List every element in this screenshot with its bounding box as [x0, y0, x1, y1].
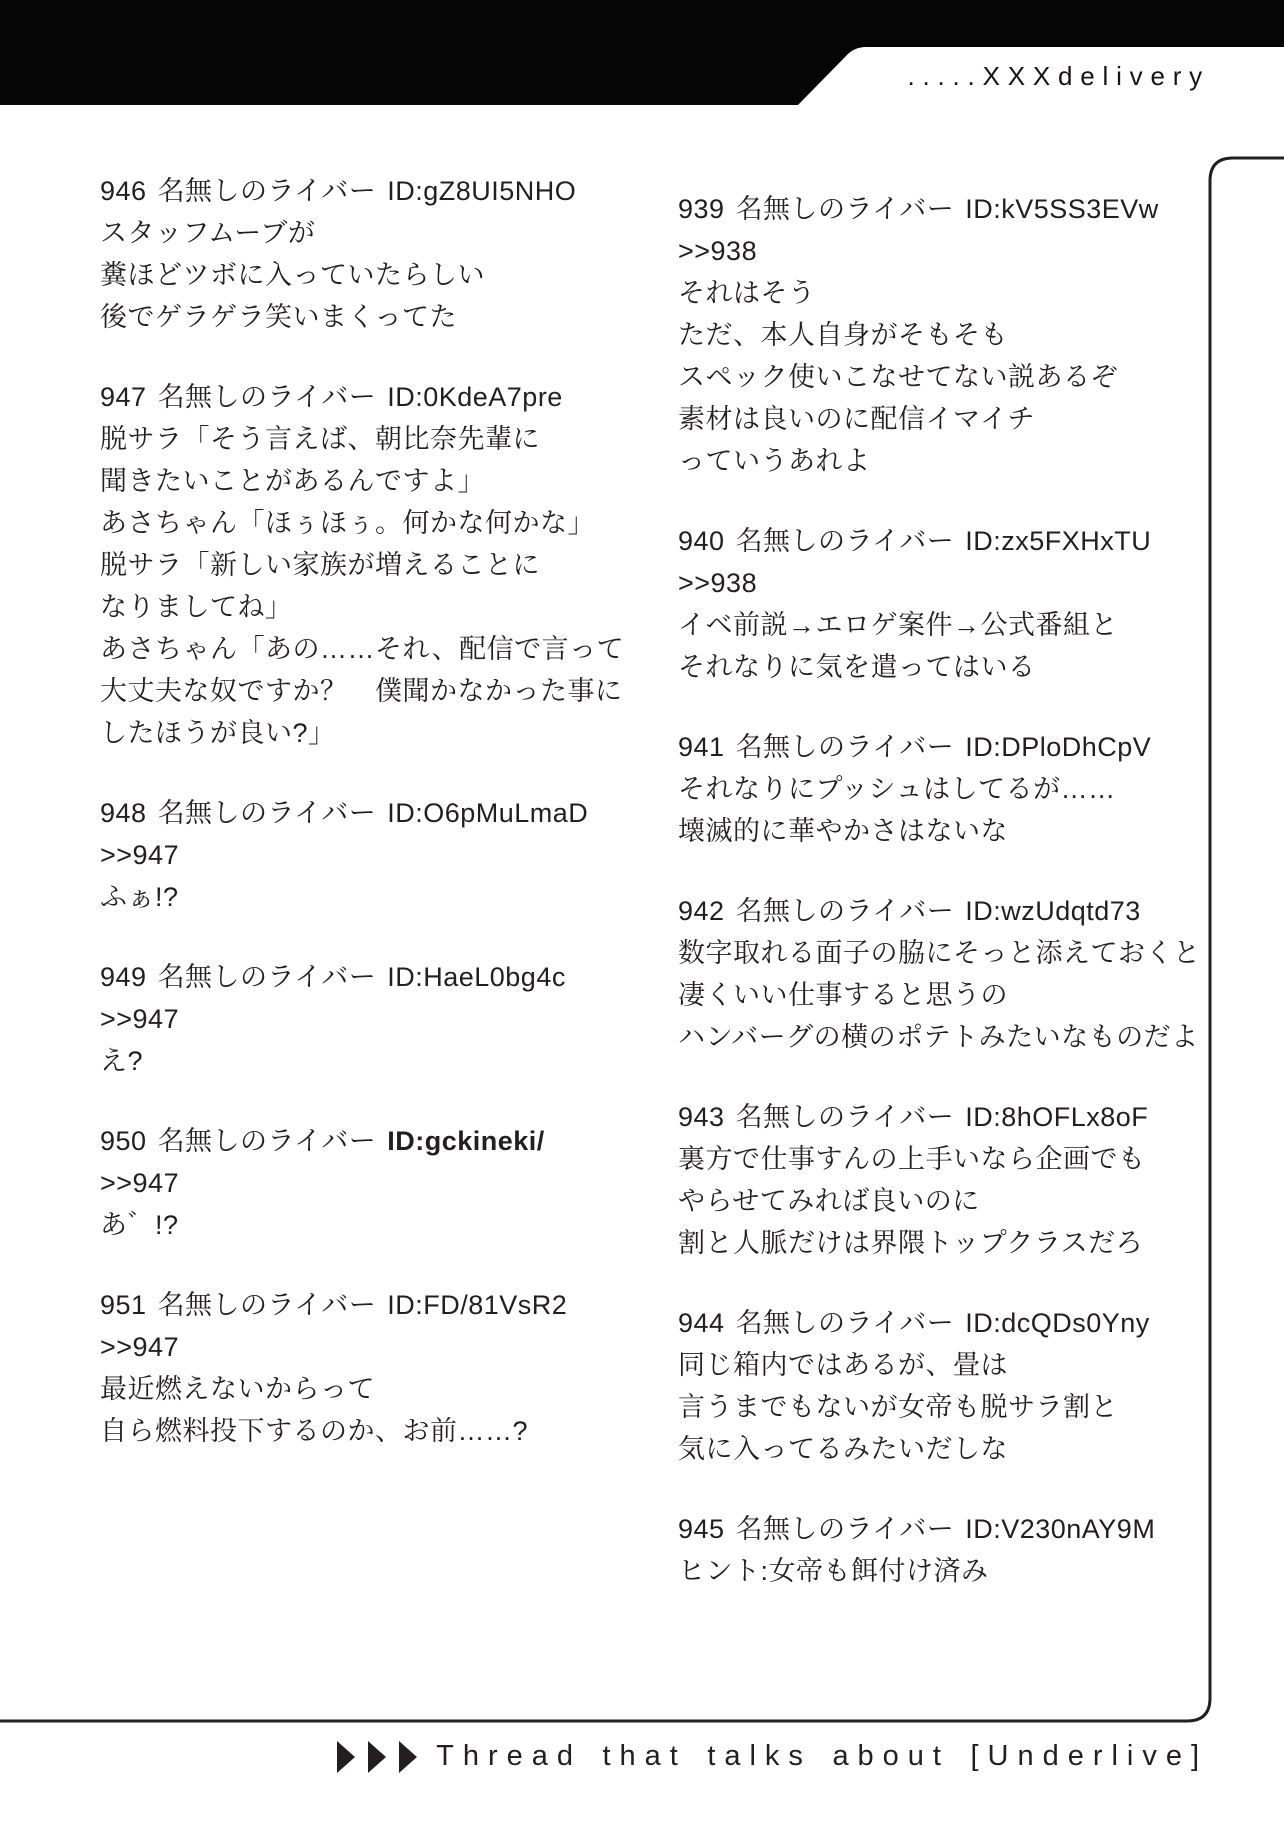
post-id: ID:dcQDs0Yny [965, 1308, 1150, 1338]
book-page: .....XXXdelivery 946名無しのライバーID:gZ8UI5NHO… [0, 0, 1284, 1826]
post-header: 944名無しのライバーID:dcQDs0Yny [678, 1302, 1208, 1344]
post-id: ID:HaeL0bg4c [387, 962, 566, 992]
post-line: あさちゃん「あの……それ、配信で言って [100, 628, 630, 670]
post-author: 名無しのライバー [736, 194, 955, 224]
post-author: 名無しのライバー [736, 1102, 955, 1132]
post-line: ただ、本人自身がそもそも [678, 314, 1208, 356]
post-line: したほうが良い?」 [100, 712, 630, 754]
post-line: 裏方で仕事すんの上手いなら企画でも [678, 1138, 1208, 1180]
post-author: 名無しのライバー [158, 382, 377, 412]
post-line: ヒント:女帝も餌付け済み [678, 1550, 1208, 1592]
reply-anchor-line: >>947 [100, 1162, 630, 1204]
forum-post: 939名無しのライバーID:kV5SS3EVw >>938それはそうただ、本人自… [678, 188, 1208, 482]
post-id: ID:gckineki/ [387, 1126, 545, 1156]
forum-post: 941名無しのライバーID:DPloDhCpV それなりにプッシュはしてるが……… [678, 726, 1208, 852]
post-line: 言うまでもないが女帝も脱サラ割と [678, 1386, 1208, 1428]
forum-post: 943名無しのライバーID:8hOFLx8oF 裏方で仕事すんの上手いなら企画で… [678, 1096, 1208, 1264]
post-line: イベ前説→エロゲ案件→公式番組と [678, 604, 1208, 646]
post-header: 940名無しのライバーID:zx5FXHxTU [678, 520, 1208, 562]
post-line: それなりに気を遣ってはいる [678, 646, 1208, 688]
post-header: 948名無しのライバーID:O6pMuLmaD [100, 792, 630, 834]
post-number: 949 [100, 962, 147, 992]
thread-column-left: 946名無しのライバーID:gZ8UI5NHO スタッフムーブが糞ほどツボに入っ… [100, 170, 630, 1490]
post-line: 糞ほどツボに入っていたらしい [100, 254, 630, 296]
forum-post: 948名無しのライバーID:O6pMuLmaD >>947ふぁ!? [100, 792, 630, 918]
forum-post: 940名無しのライバーID:zx5FXHxTU >>938イベ前説→エロゲ案件→… [678, 520, 1208, 688]
post-number: 947 [100, 382, 147, 412]
play-arrow-icon [368, 1741, 386, 1773]
post-id: ID:kV5SS3EVw [965, 194, 1159, 224]
post-line: ふぁ!? [100, 876, 630, 918]
post-line: 気に入ってるみたいだしな [678, 1428, 1208, 1470]
post-line: 聞きたいことがあるんですよ」 [100, 460, 630, 502]
post-line: 脱サラ「そう言えば、朝比奈先輩に [100, 418, 630, 460]
footer-title: Thread that talks about [Underlive] [436, 1740, 1208, 1773]
post-id: ID:DPloDhCpV [965, 732, 1151, 762]
reply-anchor-line: >>947 [100, 834, 630, 876]
post-author: 名無しのライバー [736, 1308, 955, 1338]
post-id: ID:zx5FXHxTU [965, 526, 1151, 556]
forum-post: 946名無しのライバーID:gZ8UI5NHO スタッフムーブが糞ほどツボに入っ… [100, 170, 630, 338]
post-line: あ゛!? [100, 1204, 630, 1246]
post-header: 939名無しのライバーID:kV5SS3EVw [678, 188, 1208, 230]
post-number: 948 [100, 798, 147, 828]
forum-post: 951名無しのライバーID:FD/81VsR2 >>947最近燃えないからって自… [100, 1284, 630, 1452]
post-line: 自ら燃料投下するのか、お前……? [100, 1410, 630, 1452]
post-id: ID:FD/81VsR2 [387, 1290, 567, 1320]
post-header: 941名無しのライバーID:DPloDhCpV [678, 726, 1208, 768]
post-line: 同じ箱内ではあるが、畳は [678, 1344, 1208, 1386]
header-title: .....XXXdelivery [907, 61, 1210, 92]
reply-anchor-line: >>947 [100, 1326, 630, 1368]
post-author: 名無しのライバー [158, 798, 377, 828]
post-number: 950 [100, 1126, 147, 1156]
post-author: 名無しのライバー [736, 732, 955, 762]
play-arrow-icon [399, 1741, 417, 1773]
post-number: 939 [678, 194, 725, 224]
post-header: 942名無しのライバーID:wzUdqtd73 [678, 890, 1208, 932]
post-line: 最近燃えないからって [100, 1368, 630, 1410]
post-author: 名無しのライバー [736, 1514, 955, 1544]
post-author: 名無しのライバー [158, 962, 377, 992]
post-number: 942 [678, 896, 725, 926]
forum-post: 950名無しのライバーID:gckineki/ >>947あ゛!? [100, 1120, 630, 1246]
post-number: 943 [678, 1102, 725, 1132]
post-header: 951名無しのライバーID:FD/81VsR2 [100, 1284, 630, 1326]
reply-anchor-line: >>938 [678, 230, 1208, 272]
post-line: 大丈夫な奴ですか？ 僕聞かなかった事に [100, 670, 630, 712]
post-number: 945 [678, 1514, 725, 1544]
post-line: それはそう [678, 272, 1208, 314]
post-line: なりましてね」 [100, 586, 630, 628]
post-header: 947名無しのライバーID:0KdeA7pre [100, 376, 630, 418]
play-arrow-icon [337, 1741, 355, 1773]
post-author: 名無しのライバー [158, 176, 377, 206]
forum-post: 949名無しのライバーID:HaeL0bg4c >>947え? [100, 956, 630, 1082]
post-line: 後でゲラゲラ笑いまくってた [100, 296, 630, 338]
post-line: あさちゃん「ほぅほぅ。何かな何かな」 [100, 502, 630, 544]
post-author: 名無しのライバー [158, 1126, 377, 1156]
post-header: 949名無しのライバーID:HaeL0bg4c [100, 956, 630, 998]
post-line: ハンバーグの横のポテトみたいなものだよ [678, 1016, 1208, 1058]
forum-post: 945名無しのライバーID:V230nAY9M ヒント:女帝も餌付け済み [678, 1508, 1208, 1592]
post-id: ID:wzUdqtd73 [965, 896, 1141, 926]
post-author: 名無しのライバー [736, 896, 955, 926]
footer: Thread that talks about [Underlive] [337, 1740, 1208, 1773]
post-number: 951 [100, 1290, 147, 1320]
post-id: ID:gZ8UI5NHO [387, 176, 576, 206]
post-author: 名無しのライバー [736, 526, 955, 556]
post-line: 脱サラ「新しい家族が増えることに [100, 544, 630, 586]
post-id: ID:8hOFLx8oF [965, 1102, 1148, 1132]
post-author: 名無しのライバー [158, 1290, 377, 1320]
post-line: スペック使いこなせてない説あるぞ [678, 356, 1208, 398]
post-header: 945名無しのライバーID:V230nAY9M [678, 1508, 1208, 1550]
forum-post: 942名無しのライバーID:wzUdqtd73 数字取れる面子の脇にそっと添えて… [678, 890, 1208, 1058]
post-number: 940 [678, 526, 725, 556]
post-line: え? [100, 1040, 630, 1082]
forum-post: 947名無しのライバーID:0KdeA7pre 脱サラ「そう言えば、朝比奈先輩に… [100, 376, 630, 754]
post-number: 941 [678, 732, 725, 762]
post-line: 凄くいい仕事すると思うの [678, 974, 1208, 1016]
reply-anchor-line: >>938 [678, 562, 1208, 604]
thread-column-right: 939名無しのライバーID:kV5SS3EVw >>938それはそうただ、本人自… [678, 188, 1208, 1630]
reply-anchor-line: >>947 [100, 998, 630, 1040]
post-line: 素材は良いのに配信イマイチ [678, 398, 1208, 440]
post-header: 943名無しのライバーID:8hOFLx8oF [678, 1096, 1208, 1138]
post-line: それなりにプッシュはしてるが…… [678, 768, 1208, 810]
post-line: 割と人脈だけは界隈トップクラスだろ [678, 1222, 1208, 1264]
post-id: ID:O6pMuLmaD [387, 798, 588, 828]
header-tab: .....XXXdelivery [770, 47, 1284, 105]
post-id: ID:V230nAY9M [965, 1514, 1155, 1544]
post-header: 946名無しのライバーID:gZ8UI5NHO [100, 170, 630, 212]
post-line: スタッフムーブが [100, 212, 630, 254]
post-line: やらせてみれば良いのに [678, 1180, 1208, 1222]
post-number: 946 [100, 176, 147, 206]
post-line: 壊滅的に華やかさはないな [678, 810, 1208, 852]
forum-post: 944名無しのライバーID:dcQDs0Yny 同じ箱内ではあるが、畳は言うまで… [678, 1302, 1208, 1470]
post-id: ID:0KdeA7pre [387, 382, 563, 412]
post-line: 数字取れる面子の脇にそっと添えておくと [678, 932, 1208, 974]
post-number: 944 [678, 1308, 725, 1338]
post-header: 950名無しのライバーID:gckineki/ [100, 1120, 630, 1162]
post-line: っていうあれよ [678, 440, 1208, 482]
